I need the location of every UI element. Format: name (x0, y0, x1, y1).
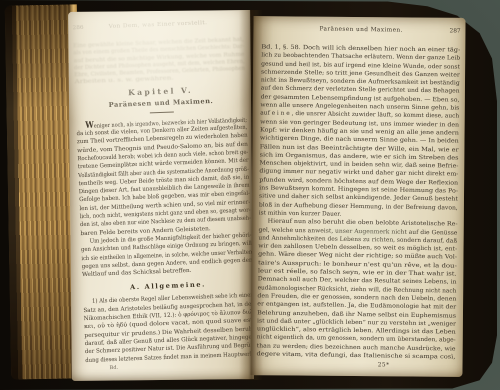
page-number-left: 286 (72, 24, 98, 31)
page-right-content: Paränesen und Maximen. 287 Bd. 1, §. 58.… (250, 16, 465, 377)
paragraph-2: Um jedoch in die große Mannigfaltigkeit … (81, 232, 253, 280)
page-right: Paränesen und Maximen. 287 Bd. 1, §. 58.… (250, 16, 465, 377)
paragraph-1: Weniger noch, als irgendwo, bezwecke ich… (76, 115, 251, 238)
paragraph-5: Hierauf nun also beruht die oben belobte… (256, 218, 457, 362)
previous-chapter-faded-text: Eine gewählte kleine Schaar, welchen die… (73, 37, 246, 87)
page-number-right: 287 (435, 28, 461, 34)
signature-mark: 25* (256, 361, 455, 370)
paragraph-3: 1) Als die oberste Regel aller Lebenswei… (83, 292, 254, 365)
header-spacer (217, 23, 243, 24)
running-title-left: Von Dem, was Einer vorstellt. (98, 20, 217, 31)
paragraph-4: Bd. 1, §. 58. Doch will ich denselben hi… (259, 43, 461, 220)
page-left: 286 Von Dem, was Einer vorstellt. Eine g… (68, 10, 254, 381)
page-right-header: Paränesen und Maximen. 287 (262, 25, 461, 37)
divider-rule (149, 111, 173, 113)
running-title-right: Paränesen und Maximen. (288, 26, 435, 34)
page-left-header: 286 Von Dem, was Einer vorstellt. (72, 19, 243, 35)
book-photo: 286 Von Dem, was Einer vorstellt. Eine g… (0, 0, 500, 390)
page-left-content: 286 Von Dem, was Einer vorstellt. Eine g… (68, 10, 254, 381)
section-heading: A. Allgemeine. (82, 279, 253, 294)
